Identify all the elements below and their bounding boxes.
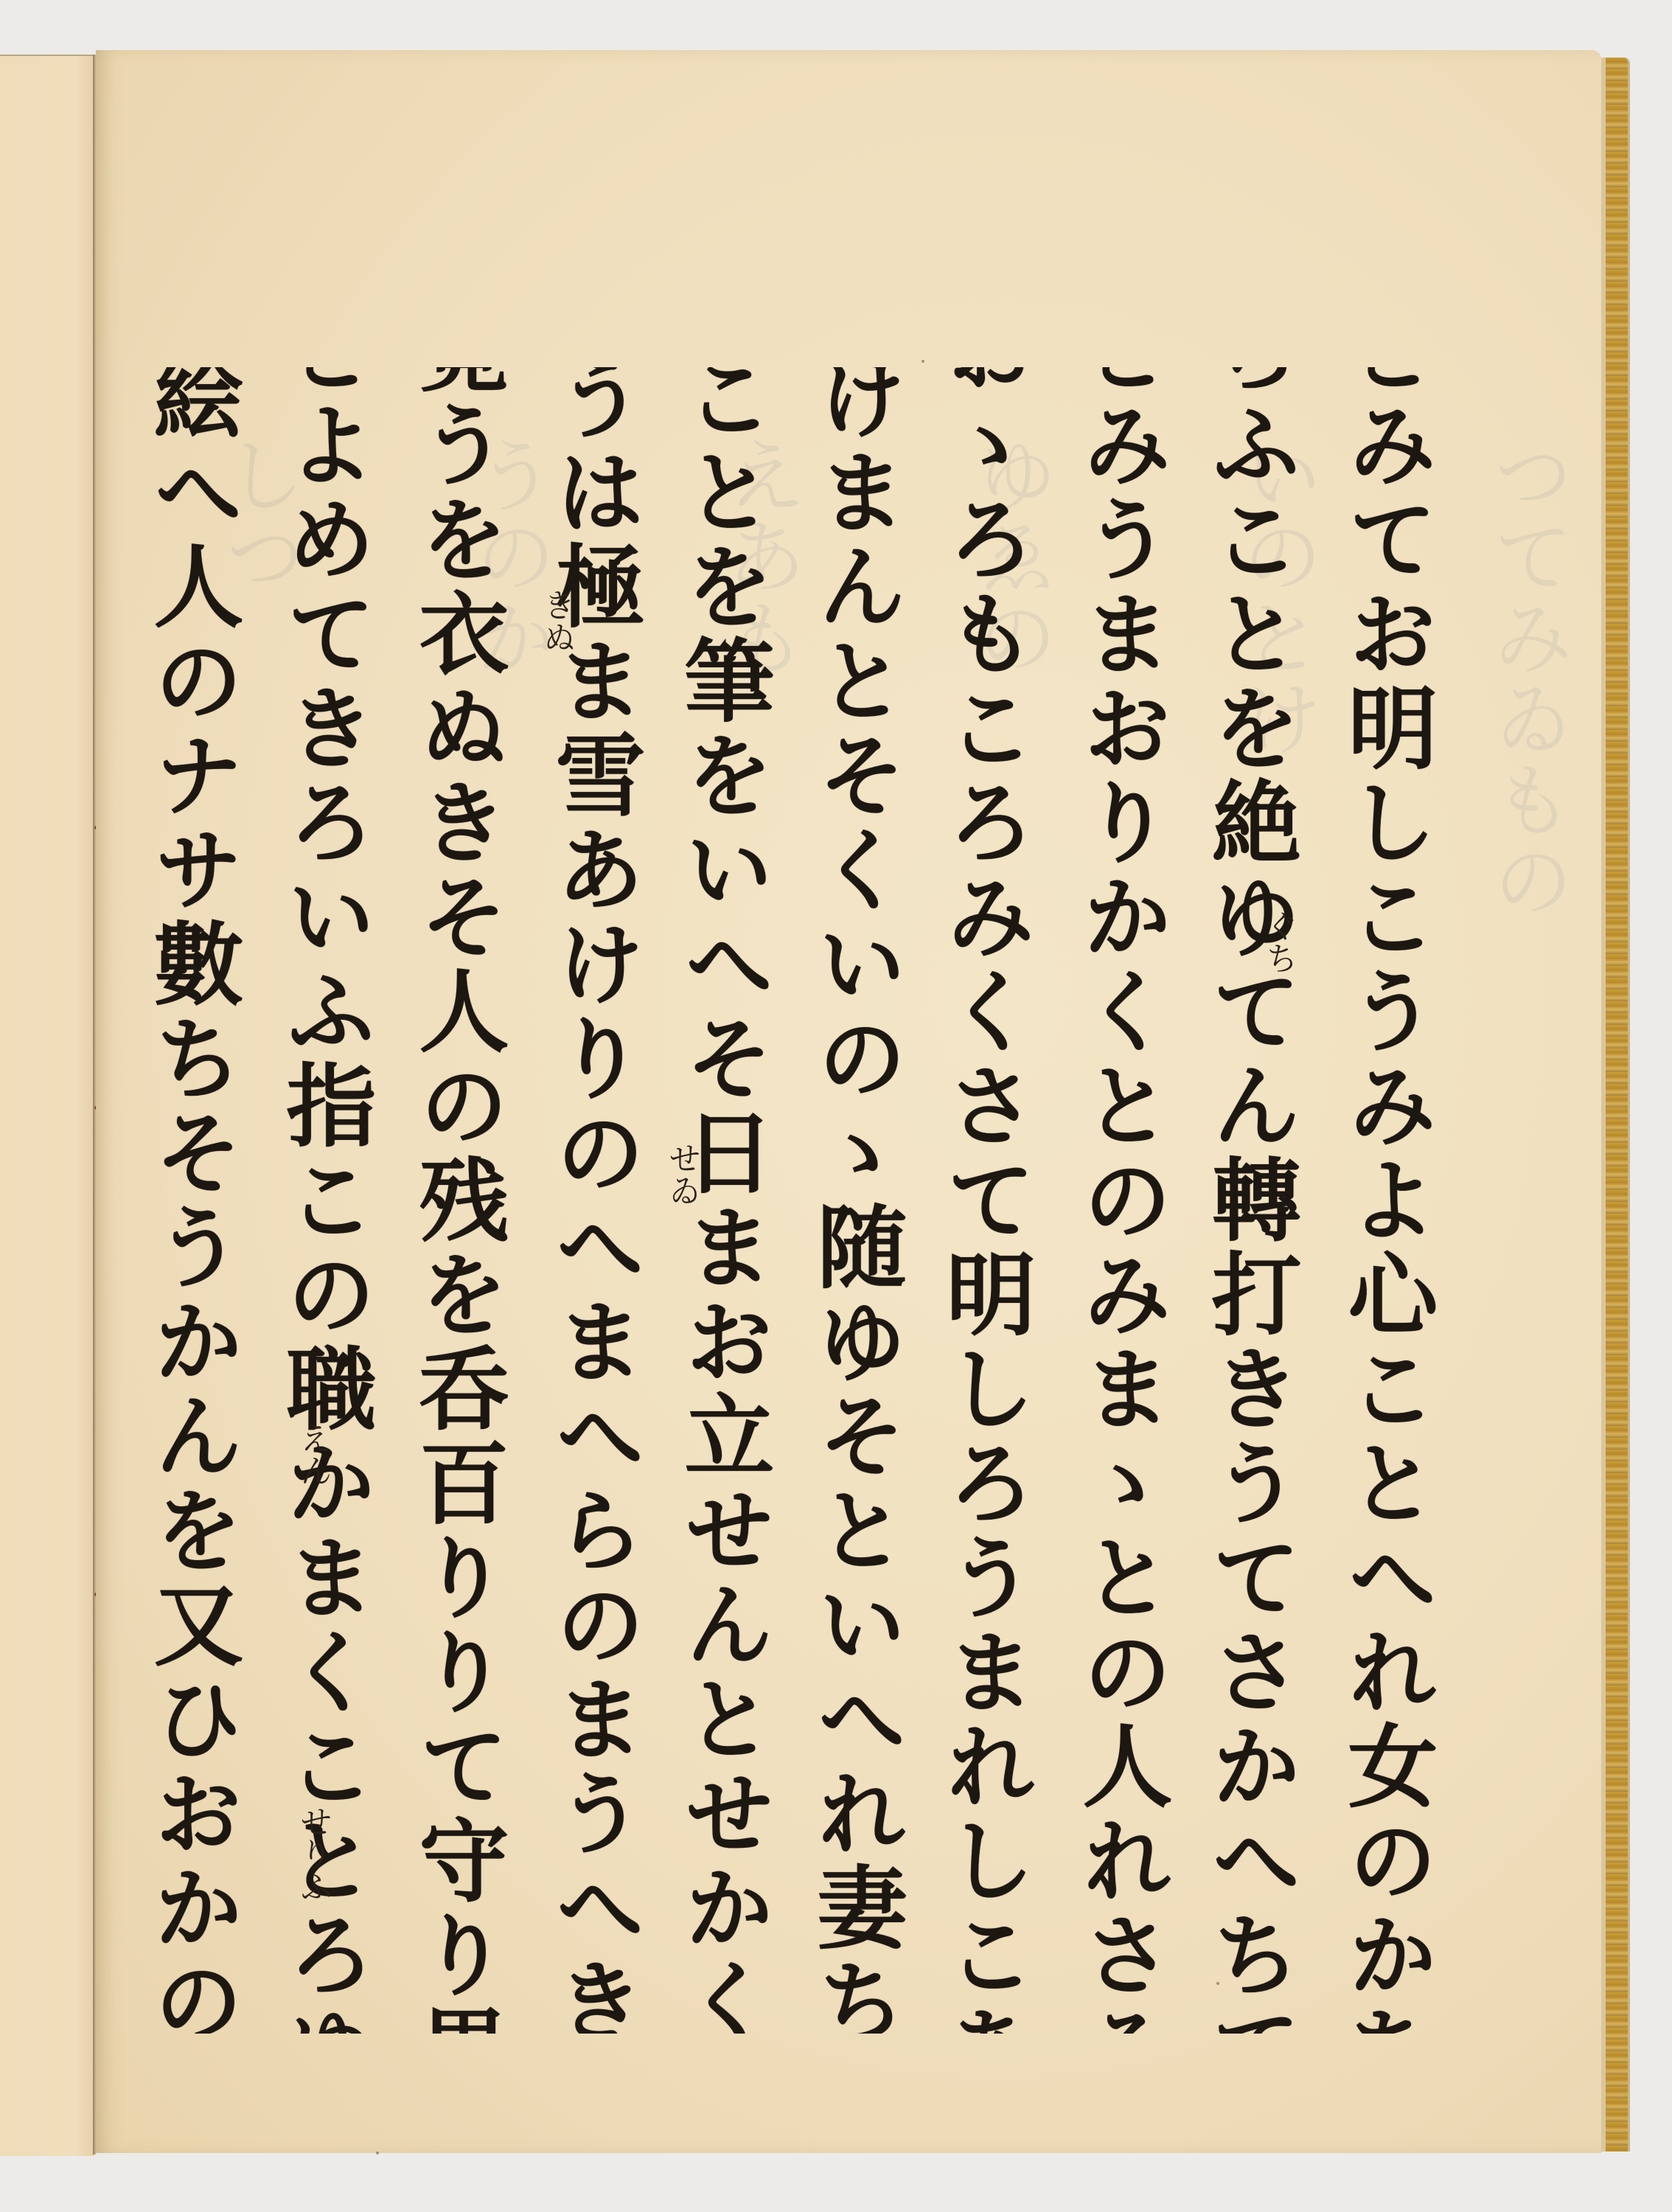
- paper-speck: [376, 2152, 379, 2154]
- text-column-3: ことみうまおりかくとのみまゝとの人れさるま: [1065, 367, 1176, 2034]
- furigana-annotation: きぬ: [538, 588, 574, 653]
- paper-speck: [1216, 1982, 1219, 1985]
- furigana-annotation: せゐ: [663, 1141, 699, 1206]
- paper-speck: [922, 360, 924, 363]
- furigana-annotation: ぐち: [1261, 909, 1296, 974]
- text-column-4: おゝろもころみくさて明しろうまれしこあ: [929, 367, 1039, 2034]
- manuscript-page: つてみゐもの いのとけ ゆゑの えあも うのか しつ むとみてお明しこうみよ心こ…: [96, 50, 1601, 2153]
- text-column-2: いちふことを絶ゆてん轉打きうてさかへちてを: [1194, 367, 1305, 2034]
- furigana-annotation: せりふ: [295, 1805, 330, 1902]
- gilt-page-edge: [1601, 58, 1630, 2152]
- left-page-edge: [0, 55, 94, 2156]
- furigana-annotation: えん: [295, 1422, 330, 1486]
- text-column-8: 竟うを衣ぬきそ人の残を呑百りりて守り男: [402, 367, 512, 2034]
- text-column-9: のとよめてきろいふ指この職かまくことろゆう: [269, 367, 380, 2034]
- text-column-1: むとみてお明しこうみよ心ことへれ女のかちひ: [1331, 367, 1441, 2034]
- text-body: むとみてお明しこうみよ心ことへれ女のかちひ いちふことを絶ゆてん轉打きうてさかへ…: [96, 50, 1601, 2153]
- open-book: つてみゐもの いのとけ ゆゑの えあも うのか しつ むとみてお明しこうみよ心こ…: [0, 0, 1672, 2212]
- text-column-10: し絵へ人のナサ數ちそうかんを又ひおかの拙: [136, 367, 247, 2034]
- text-column-5: ゑけまんとそくいのゝ随ゆそといへれ妻ちた: [800, 367, 910, 2034]
